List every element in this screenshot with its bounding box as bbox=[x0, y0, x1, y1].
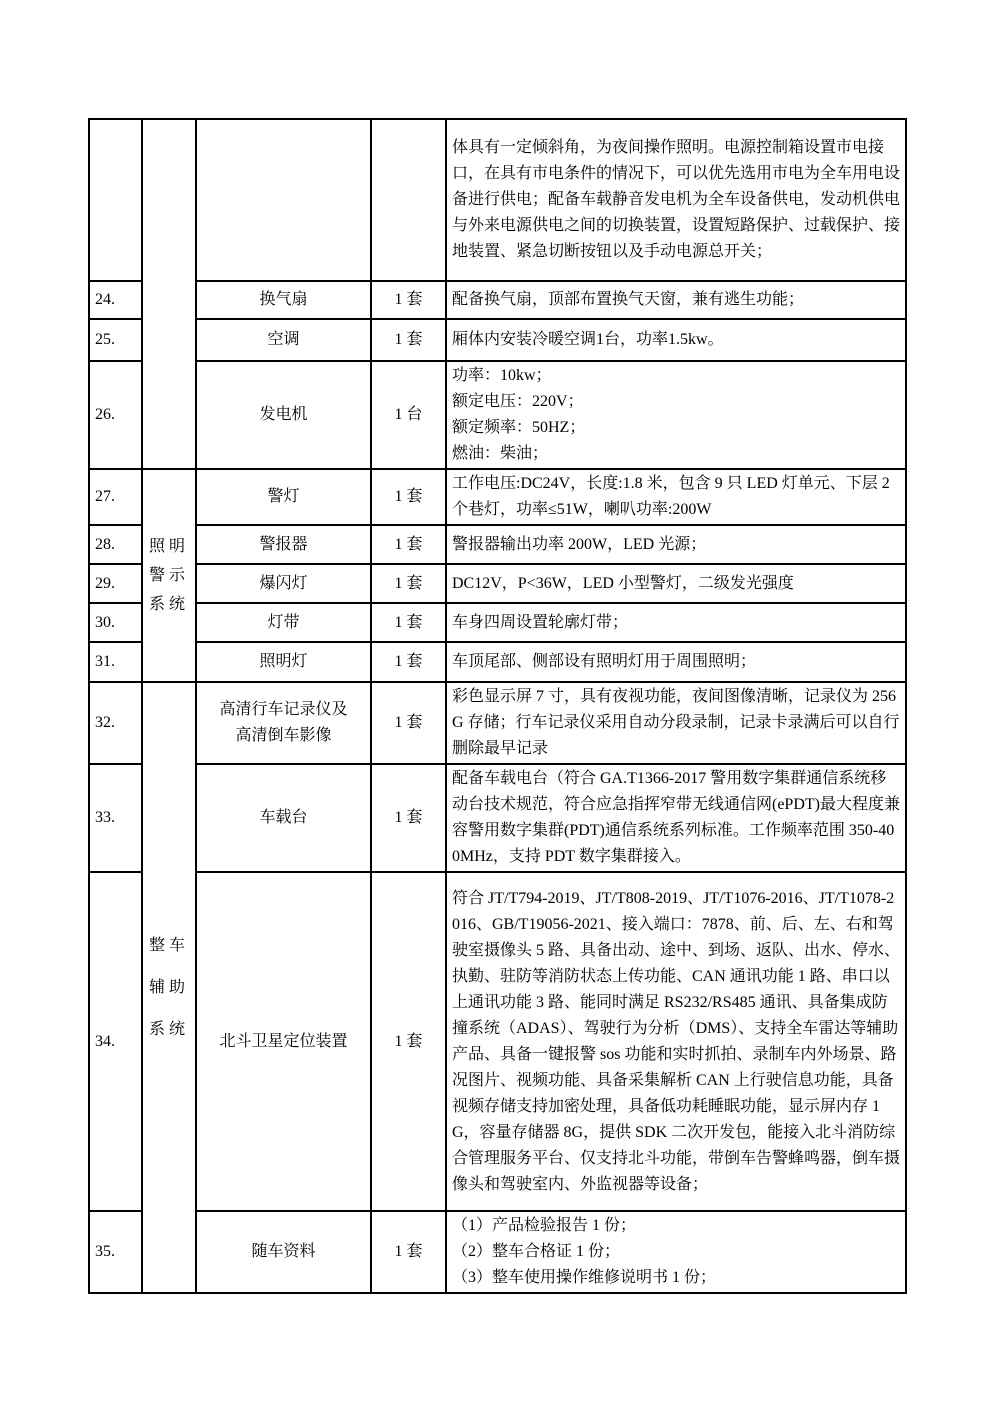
spec-description: 配备换气扇，顶部布置换气天窗，兼有逃生功能； bbox=[446, 281, 906, 319]
table-row: 33. 车载台 1 套 配备车载电台（符合 GA.T1366-2017 警用数字… bbox=[89, 764, 906, 872]
spec-description: DC12V，P<36W，LED 小型警灯，二级发光强度 bbox=[446, 564, 906, 603]
table-row: 25. 空调 1 套 厢体内安装冷暖空调1台，功率1.5kw。 bbox=[89, 319, 906, 361]
category-cell bbox=[142, 119, 196, 469]
row-number: 34. bbox=[89, 872, 142, 1211]
quantity: 1 套 bbox=[371, 469, 446, 525]
table-row: 32. 整车 辅助 系统 高清行车记录仪及 高清倒车影像 1 套 彩色显示屏 7… bbox=[89, 682, 906, 764]
spec-description: 配备车载电台（符合 GA.T1366-2017 警用数字集群通信系统移动台技术规… bbox=[446, 764, 906, 872]
quantity: 1 套 bbox=[371, 319, 446, 361]
spec-description: 车身四周设置轮廓灯带； bbox=[446, 603, 906, 642]
quantity: 1 套 bbox=[371, 564, 446, 603]
item-name: 照明灯 bbox=[196, 642, 371, 682]
row-number bbox=[89, 119, 142, 281]
quantity: 1 套 bbox=[371, 872, 446, 1211]
item-name: 车载台 bbox=[196, 764, 371, 872]
spec-description: （1）产品检验报告 1 份； （2）整车合格证 1 份； （3）整车使用操作维修… bbox=[446, 1211, 906, 1293]
row-number: 35. bbox=[89, 1211, 142, 1293]
item-name bbox=[196, 119, 371, 281]
item-name: 灯带 bbox=[196, 603, 371, 642]
quantity: 1 套 bbox=[371, 1211, 446, 1293]
table-row: 24. 换气扇 1 套 配备换气扇，顶部布置换气天窗，兼有逃生功能； bbox=[89, 281, 906, 319]
row-number: 33. bbox=[89, 764, 142, 872]
table-row: 30. 灯带 1 套 车身四周设置轮廓灯带； bbox=[89, 603, 906, 642]
spec-description: 工作电压:DC24V，长度:1.8 米，包含 9 只 LED 灯单元、下层 2 … bbox=[446, 469, 906, 525]
item-name: 随车资料 bbox=[196, 1211, 371, 1293]
item-name: 发电机 bbox=[196, 361, 371, 469]
row-number: 28. bbox=[89, 525, 142, 564]
row-number: 27. bbox=[89, 469, 142, 525]
quantity: 1 套 bbox=[371, 764, 446, 872]
spec-description: 彩色显示屏 7 寸，具有夜视功能，夜间图像清晰，记录仪为 256G 存储；行车记… bbox=[446, 682, 906, 764]
category-cell: 整车 辅助 系统 bbox=[142, 682, 196, 1293]
quantity: 1 套 bbox=[371, 642, 446, 682]
row-number: 32. bbox=[89, 682, 142, 764]
quantity: 1 套 bbox=[371, 525, 446, 564]
table-row: 26. 发电机 1 台 功率：10kw； 额定电压：220V； 额定频率：50H… bbox=[89, 361, 906, 469]
item-name: 警报器 bbox=[196, 525, 371, 564]
row-number: 31. bbox=[89, 642, 142, 682]
table-row: 35. 随车资料 1 套 （1）产品检验报告 1 份； （2）整车合格证 1 份… bbox=[89, 1211, 906, 1293]
table-row: 34. 北斗卫星定位装置 1 套 符合 JT/T794-2019、JT/T808… bbox=[89, 872, 906, 1211]
item-name: 爆闪灯 bbox=[196, 564, 371, 603]
item-name: 警灯 bbox=[196, 469, 371, 525]
spec-description: 厢体内安装冷暖空调1台，功率1.5kw。 bbox=[446, 319, 906, 361]
row-number: 24. bbox=[89, 281, 142, 319]
item-name: 空调 bbox=[196, 319, 371, 361]
table-row: 29. 爆闪灯 1 套 DC12V，P<36W，LED 小型警灯，二级发光强度 bbox=[89, 564, 906, 603]
quantity: 1 套 bbox=[371, 682, 446, 764]
quantity: 1 台 bbox=[371, 361, 446, 469]
quantity: 1 套 bbox=[371, 281, 446, 319]
row-number: 29. bbox=[89, 564, 142, 603]
quantity bbox=[371, 119, 446, 281]
spec-description: 体具有一定倾斜角，为夜间操作照明。电源控制箱设置市电接口，在具有市电条件的情况下… bbox=[446, 119, 906, 281]
category-cell: 照明 警示 系统 bbox=[142, 469, 196, 682]
item-name: 北斗卫星定位装置 bbox=[196, 872, 371, 1211]
row-number: 30. bbox=[89, 603, 142, 642]
row-number: 26. bbox=[89, 361, 142, 469]
quantity: 1 套 bbox=[371, 603, 446, 642]
spec-description: 功率：10kw； 额定电压：220V； 额定频率：50HZ； 燃油：柴油； bbox=[446, 361, 906, 469]
spec-description: 符合 JT/T794-2019、JT/T808-2019、JT/T1076-20… bbox=[446, 872, 906, 1211]
table-row: 31. 照明灯 1 套 车顶尾部、侧部设有照明灯用于周围照明； bbox=[89, 642, 906, 682]
table-row: 28. 警报器 1 套 警报器输出功率 200W，LED 光源； bbox=[89, 525, 906, 564]
table-row: 27. 照明 警示 系统 警灯 1 套 工作电压:DC24V，长度:1.8 米，… bbox=[89, 469, 906, 525]
table-row: 体具有一定倾斜角，为夜间操作照明。电源控制箱设置市电接口，在具有市电条件的情况下… bbox=[89, 119, 906, 281]
spec-description: 车顶尾部、侧部设有照明灯用于周围照明； bbox=[446, 642, 906, 682]
item-name: 高清行车记录仪及 高清倒车影像 bbox=[196, 682, 371, 764]
equipment-spec-table: 体具有一定倾斜角，为夜间操作照明。电源控制箱设置市电接口，在具有市电条件的情况下… bbox=[88, 118, 907, 1294]
spec-description: 警报器输出功率 200W，LED 光源； bbox=[446, 525, 906, 564]
item-name: 换气扇 bbox=[196, 281, 371, 319]
row-number: 25. bbox=[89, 319, 142, 361]
